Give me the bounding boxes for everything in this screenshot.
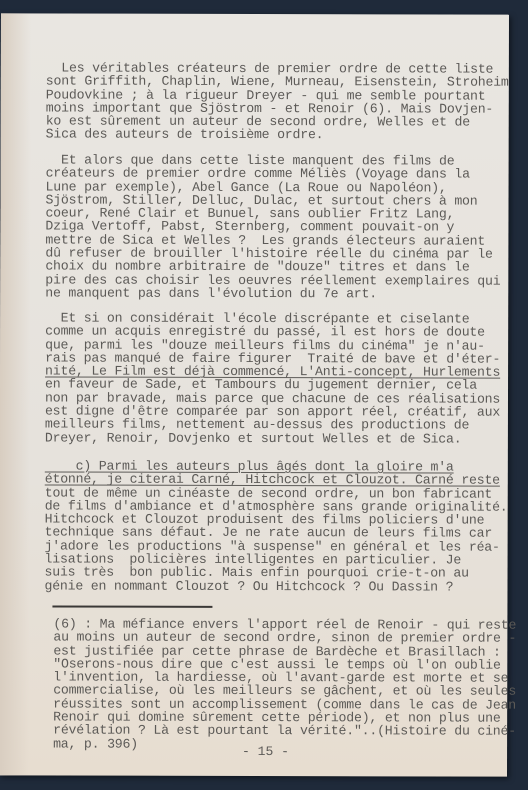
paragraph-4: c) Parmi les auteurs plus âgés dont la g… [44,459,507,593]
footnote: (6) : Ma méfiance envers l'apport réel d… [53,617,516,751]
page-number: - 15 - [242,744,289,759]
footnote-separator [52,605,212,607]
paragraph-3: Et si on considérait l'école discrépante… [45,311,500,445]
typewritten-page: Les véritables créateurs de premier ordr… [0,13,509,776]
paragraph-2: Et alors que dans cette liste manquent d… [45,153,501,300]
paragraph-1: Les véritables créateurs de premier ordr… [46,61,509,142]
